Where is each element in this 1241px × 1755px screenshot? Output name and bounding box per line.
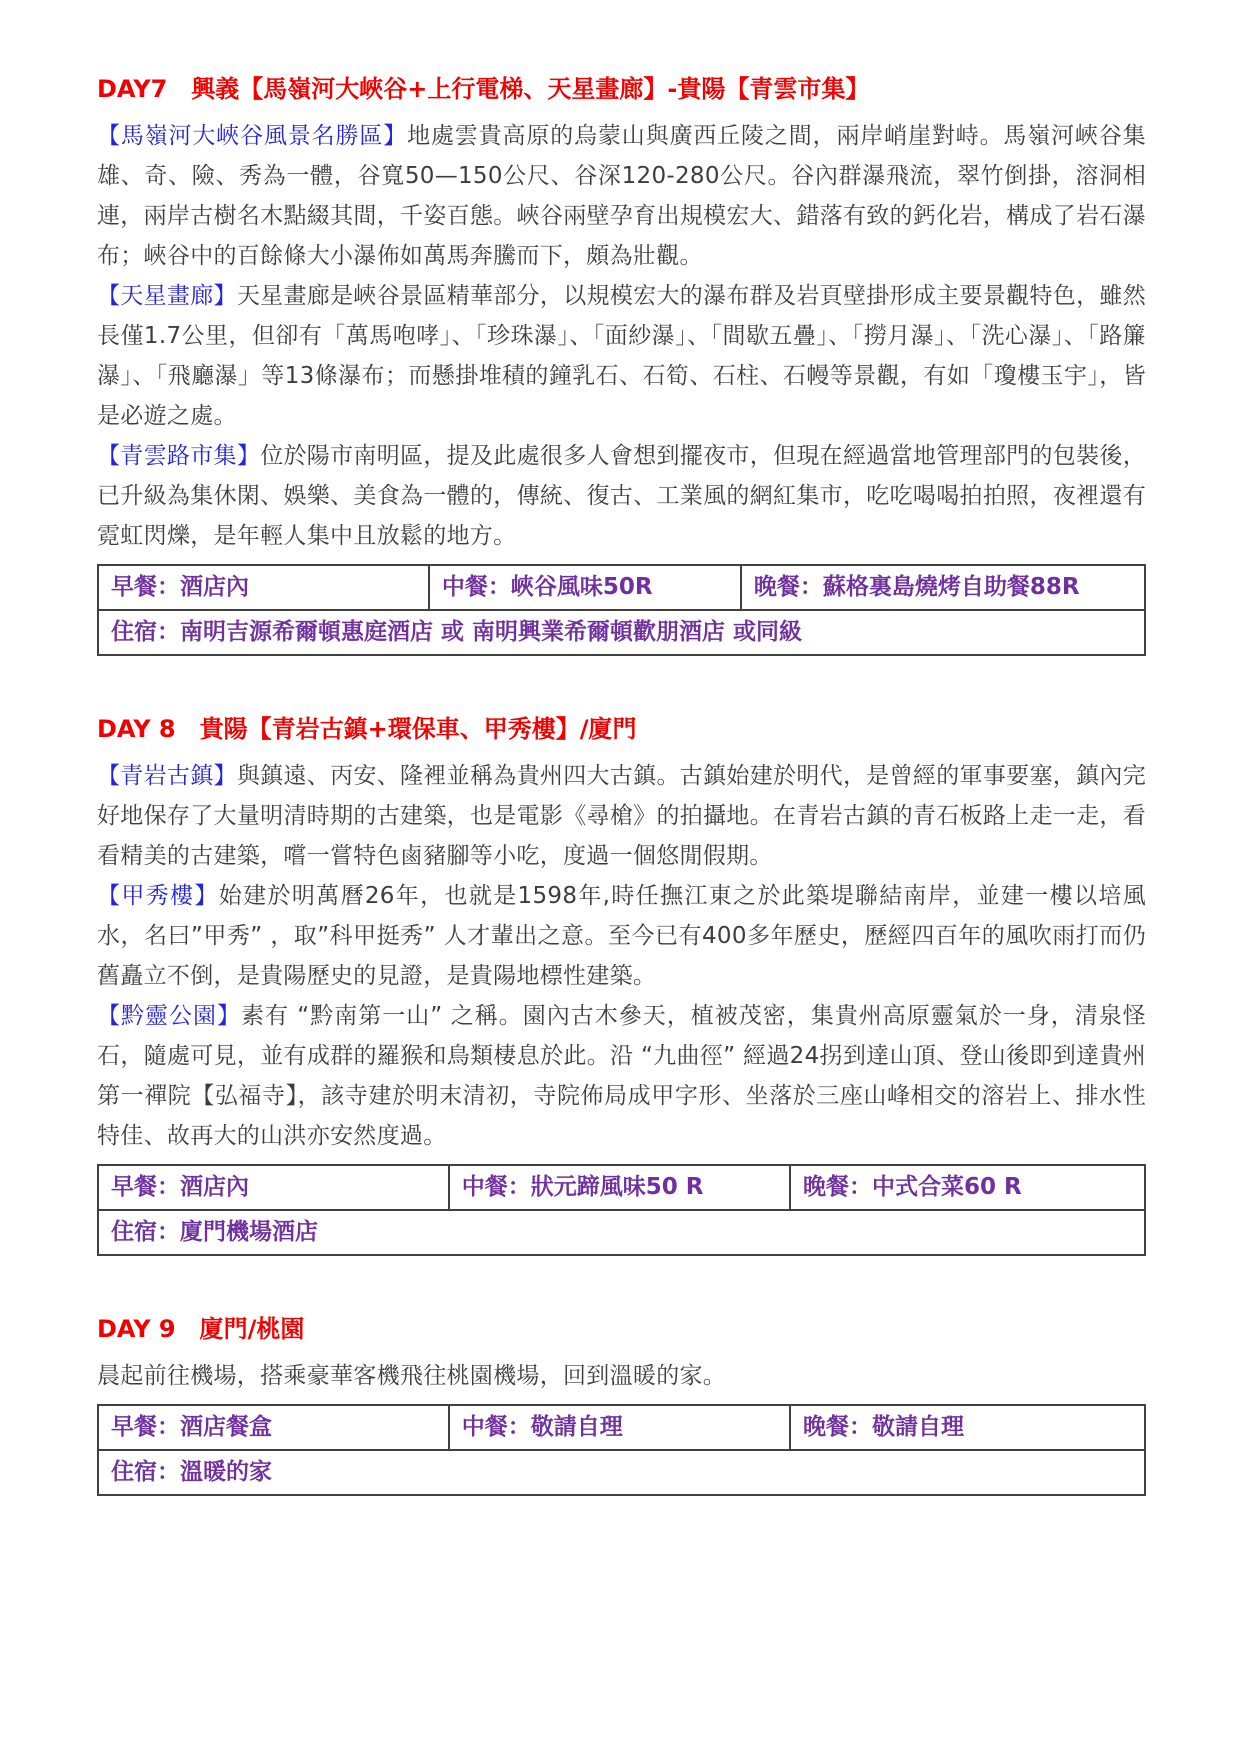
day8-title: 貴陽【青岩古鎮+環保車、甲秀樓】/廈門 [200, 715, 637, 743]
day9-meal-table: 早餐：酒店餐盒 中餐：敬請自理 晚餐：敬請自理 住宿：溫暖的家 [97, 1404, 1146, 1496]
day8-meals-row: 早餐：酒店內 中餐：狀元蹄風味50 R 晚餐：中式合菜60 R [98, 1165, 1145, 1210]
day8-lodging-cell: 住宿：廈門機場酒店 [98, 1210, 1145, 1255]
day8-lunch-cell: 中餐：狀元蹄風味50 R [449, 1165, 790, 1210]
day9-paragraph-departure: 晨起前往機場，搭乘豪華客機飛往桃園機場，回到溫暖的家。 [97, 1356, 1146, 1396]
day7-title: 興義【馬嶺河大峽谷+上行電梯、天星畫廊】-貴陽【青雲市集】 [191, 75, 869, 103]
day7-dinner-cell: 晚餐：蘇格裏島燒烤自助餐88R [741, 565, 1145, 610]
sight-description-qingyan-town: 與鎮遠、丙安、隆裡並稱為貴州四大古鎮。古鎮始建於明代，是曾經的軍事要塞，鎮內完好… [97, 763, 1146, 869]
day7-paragraph-maling-gorge: 【馬嶺河大峽谷風景名勝區】地處雲貴高原的烏蒙山與廣西丘陵之間，兩岸峭崖對峙。馬嶺… [97, 116, 1146, 276]
day7-lunch-cell: 中餐：峽谷風味50R [429, 565, 741, 610]
day7-meals-row: 早餐：酒店內 中餐：峽谷風味50R 晚餐：蘇格裏島燒烤自助餐88R [98, 565, 1145, 610]
day7-paragraph-star-gallery: 【天星畫廊】天星畫廊是峽谷景區精華部分，以規模宏大的瀑布群及岩頁壁掛形成主要景觀… [97, 276, 1146, 436]
day9-dinner-cell: 晚餐：敬請自理 [790, 1405, 1145, 1450]
day7-lodging-row: 住宿：南明吉源希爾頓惠庭酒店 或 南明興業希爾頓歡朋酒店 或同級 [98, 610, 1145, 655]
day7-section: DAY7興義【馬嶺河大峽谷+上行電梯、天星畫廊】-貴陽【青雲市集】 【馬嶺河大峽… [97, 72, 1146, 656]
sight-tag-jiaxiu-tower: 【甲秀樓】 [97, 883, 219, 909]
day8-paragraph-qingyan-town: 【青岩古鎮】與鎮遠、丙安、隆裡並稱為貴州四大古鎮。古鎮始建於明代，是曾經的軍事要… [97, 756, 1146, 876]
day9-label: DAY 9 [97, 1315, 176, 1343]
sight-description-star-gallery: 天星畫廊是峽谷景區精華部分，以規模宏大的瀑布群及岩頁壁掛形成主要景觀特色，雖然長… [97, 283, 1146, 429]
day9-meals-row: 早餐：酒店餐盒 中餐：敬請自理 晚餐：敬請自理 [98, 1405, 1145, 1450]
day9-breakfast-cell: 早餐：酒店餐盒 [98, 1405, 449, 1450]
day9-lunch-cell: 中餐：敬請自理 [449, 1405, 790, 1450]
day7-meal-table: 早餐：酒店內 中餐：峽谷風味50R 晚餐：蘇格裏島燒烤自助餐88R 住宿：南明吉… [97, 564, 1146, 656]
day9-title: 廈門/桃園 [200, 1315, 305, 1343]
day8-lodging-row: 住宿：廈門機場酒店 [98, 1210, 1145, 1255]
day9-section: DAY 9廈門/桃園 晨起前往機場，搭乘豪華客機飛往桃園機場，回到溫暖的家。 早… [97, 1312, 1146, 1496]
itinerary-page: DAY7興義【馬嶺河大峽谷+上行電梯、天星畫廊】-貴陽【青雲市集】 【馬嶺河大峽… [0, 0, 1241, 1755]
sight-tag-qingyun-market: 【青雲路市集】 [97, 443, 260, 469]
day7-heading: DAY7興義【馬嶺河大峽谷+上行電梯、天星畫廊】-貴陽【青雲市集】 [97, 72, 1146, 106]
day9-lodging-cell: 住宿：溫暖的家 [98, 1450, 1145, 1495]
sight-tag-maling-gorge: 【馬嶺河大峽谷風景名勝區】 [97, 123, 407, 149]
day8-paragraph-qianling-park: 【黔靈公園】素有 “黔南第一山” 之稱。園內古木參天，植被茂密，集貴州高原靈氣於… [97, 996, 1146, 1156]
sight-description-qianling-park: 素有 “黔南第一山” 之稱。園內古木參天，植被茂密，集貴州高原靈氣於一身，清泉怪… [97, 1003, 1146, 1149]
sight-tag-qianling-park: 【黔靈公園】 [97, 1003, 241, 1029]
day8-label: DAY 8 [97, 715, 176, 743]
day7-label: DAY7 [97, 75, 167, 103]
day8-paragraph-jiaxiu-tower: 【甲秀樓】始建於明萬曆26年，也就是1598年,時任撫江東之於此築堤聯結南岸，並… [97, 876, 1146, 996]
day9-heading: DAY 9廈門/桃園 [97, 1312, 1146, 1346]
day7-lodging-cell: 住宿：南明吉源希爾頓惠庭酒店 或 南明興業希爾頓歡朋酒店 或同級 [98, 610, 1145, 655]
sight-description-jiaxiu-tower: 始建於明萬曆26年，也就是1598年,時任撫江東之於此築堤聯結南岸，並建一樓以培… [97, 883, 1146, 989]
sight-tag-star-gallery: 【天星畫廊】 [97, 283, 237, 309]
day8-dinner-cell: 晚餐：中式合菜60 R [790, 1165, 1145, 1210]
day8-meal-table: 早餐：酒店內 中餐：狀元蹄風味50 R 晚餐：中式合菜60 R 住宿：廈門機場酒… [97, 1164, 1146, 1256]
day8-section: DAY 8貴陽【青岩古鎮+環保車、甲秀樓】/廈門 【青岩古鎮】與鎮遠、丙安、隆裡… [97, 712, 1146, 1256]
day9-departure-text: 晨起前往機場，搭乘豪華客機飛往桃園機場，回到溫暖的家。 [97, 1363, 726, 1389]
day7-breakfast-cell: 早餐：酒店內 [98, 565, 429, 610]
day8-breakfast-cell: 早餐：酒店內 [98, 1165, 449, 1210]
day7-paragraph-qingyun-market: 【青雲路市集】位於陽市南明區，提及此處很多人會想到擺夜市，但現在經過當地管理部門… [97, 436, 1146, 556]
day8-heading: DAY 8貴陽【青岩古鎮+環保車、甲秀樓】/廈門 [97, 712, 1146, 746]
day9-lodging-row: 住宿：溫暖的家 [98, 1450, 1145, 1495]
sight-tag-qingyan-town: 【青岩古鎮】 [97, 763, 237, 789]
